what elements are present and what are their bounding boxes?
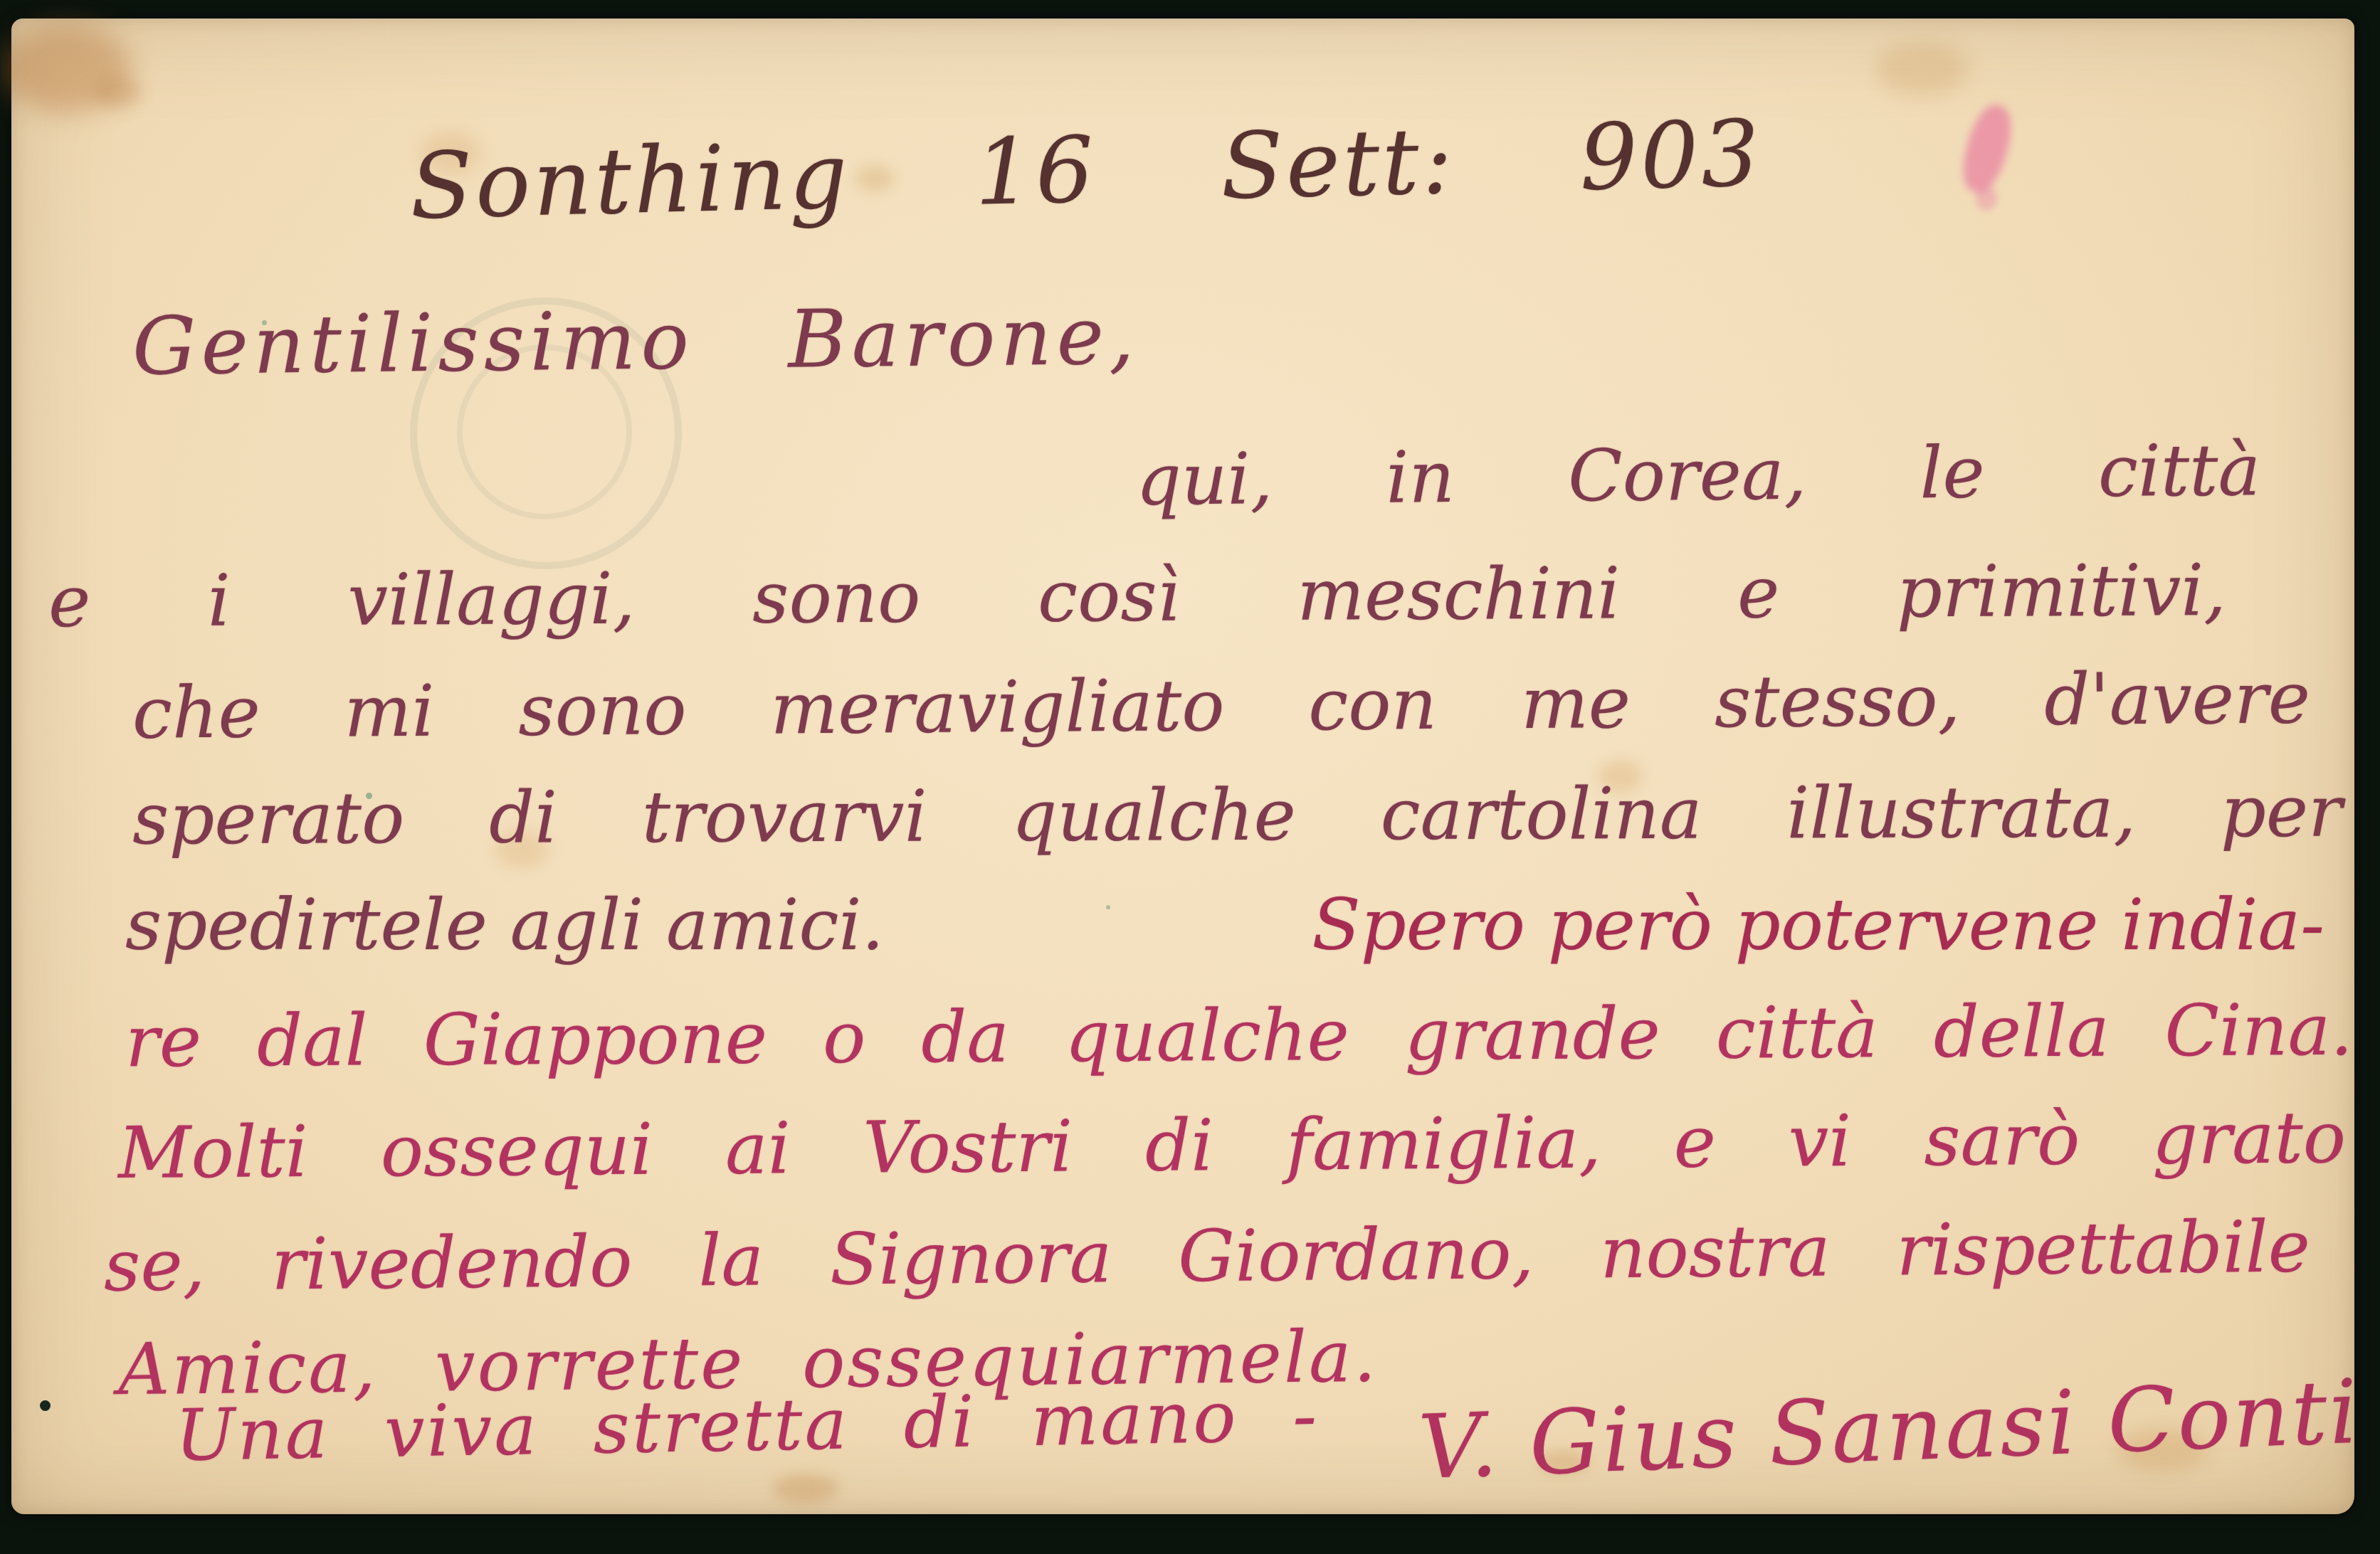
body-line-1: qui, in Corea, le città [1136,435,2261,516]
paper-hole-speck [40,1400,51,1411]
body-line-3: che mi sono meravigliato con me stesso, … [132,662,2311,749]
foxing-stain-top-left-2 [95,77,141,108]
signature: V. Gius Sanasi Conti [1418,1368,2361,1493]
date-line: Sonthing 16 Sett: 903 [409,109,1764,233]
body-line-6: re dal Giappone o da qualche grande citt… [125,995,2353,1077]
body-line-4: sperato di trovarvi qualche cartolina il… [132,776,2342,855]
foxing-stain-top-right [1876,43,1969,95]
foxing-stain-top-left [3,24,131,113]
body-line-5-left-segment: spedirtele agli amici. [125,889,884,961]
body-line-5: spedirtele agli amici. Spero però poterv… [125,889,2324,961]
pink-ink-smudge-small [1976,186,1997,211]
body-line-2: e i villaggi, sono così meschini e primi… [48,555,2226,638]
closing-line: Una viva stretta di mano - V. Gius Sanas… [175,1390,2360,1479]
postcard-paper: Sonthing 16 Sett: 903 Gentilissimo Baron… [11,18,2354,1514]
salutation-line: Gentilissimo Barone, [132,297,1139,387]
body-line-7: Molti ossequi ai Vostri di famiglia, e v… [118,1102,2347,1189]
body-line-8: se, rivedendo la Signora Giordano, nostr… [104,1211,2311,1301]
scanned-postcard-photo: { "document": { "kind": "handwritten pos… [0,0,2380,1554]
body-line-5-right-segment: Spero però potervene india- [1312,889,2324,961]
closing-text: Una viva stretta di mano - [174,1380,1320,1471]
pink-ink-smudge [1956,100,2019,198]
foxing-stain-bottom-center [773,1474,838,1503]
